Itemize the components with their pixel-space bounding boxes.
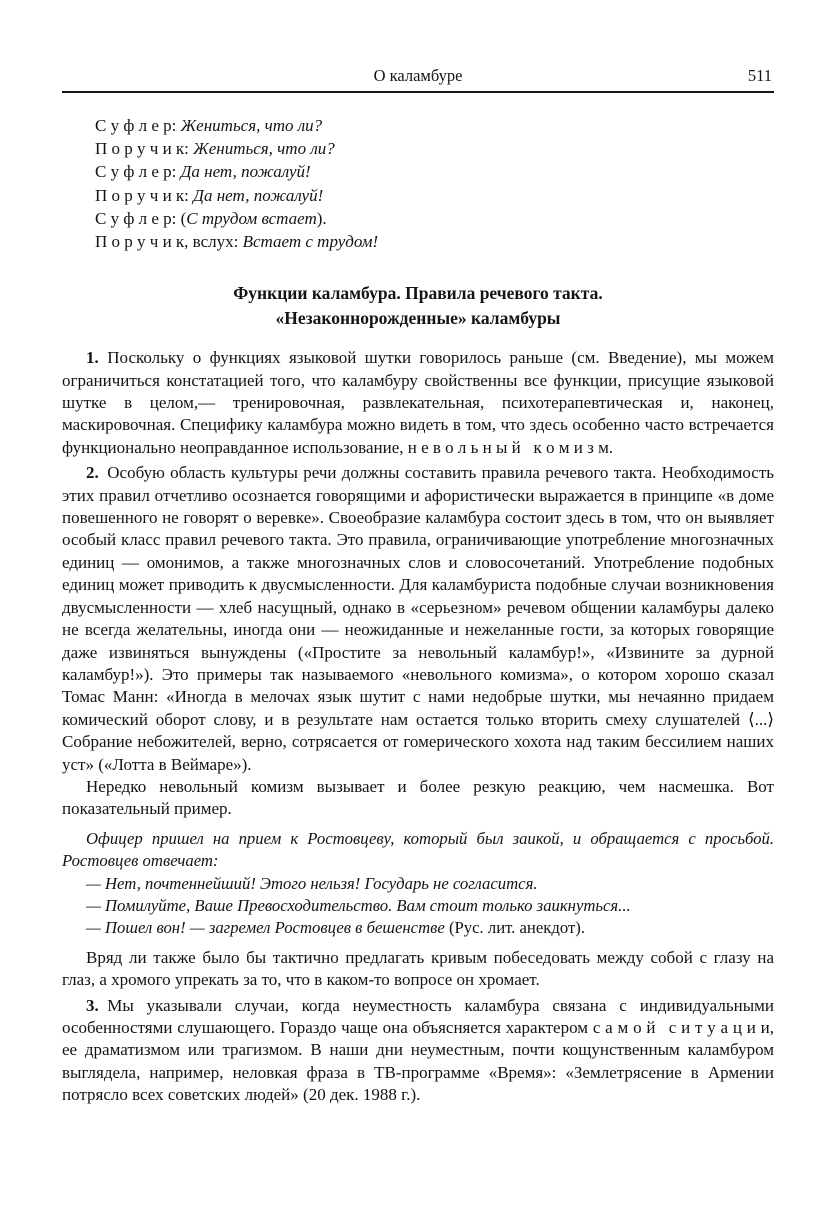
example-paragraph: — Нет, почтеннейший! Этого нельзя! Госуд… bbox=[62, 873, 774, 895]
text-segment: (Рус. лит. анекдот). bbox=[449, 918, 585, 937]
text-segment: Да нет, пожалуй! bbox=[193, 186, 323, 205]
text-segment: П о р у ч и к: bbox=[95, 139, 193, 158]
text-segment: С у ф л е р: bbox=[95, 162, 181, 181]
section-heading-line: «Незаконнорожденные» каламбуры bbox=[276, 308, 561, 328]
dialogue-block: С у ф л е р: Жениться, что ли?П о р у ч … bbox=[95, 114, 774, 253]
example-block: Офицер пришел на прием к Ростовцеву, кот… bbox=[62, 828, 774, 940]
dialogue-line: С у ф л е р: Да нет, пожалуй! bbox=[95, 160, 774, 183]
dialogue-line: С у ф л е р: (С трудом встает). bbox=[95, 207, 774, 230]
body-paragraph: 1. Поскольку о функциях языковой шутки г… bbox=[62, 347, 774, 459]
text-segment: П о р у ч и к: bbox=[95, 186, 193, 205]
text-segment: Жениться, что ли? bbox=[193, 139, 335, 158]
example-paragraph: Офицер пришел на прием к Ростовцеву, кот… bbox=[62, 828, 774, 873]
text-segment: С у ф л е р: bbox=[95, 116, 181, 135]
text-segment: Поскольку о функциях языковой шутки гово… bbox=[62, 348, 774, 457]
page-body: С у ф л е р: Жениться, что ли?П о р у ч … bbox=[62, 93, 774, 1107]
text-segment: Офицер пришел на прием к Ростовцеву, кот… bbox=[62, 829, 774, 870]
text-segment: 3. bbox=[86, 996, 99, 1015]
page-number: 511 bbox=[748, 66, 772, 85]
example-paragraph: — Пошел вон! — загремел Ростовцев в беше… bbox=[62, 917, 774, 939]
body-paragraph: Вряд ли также было бы тактично предлагат… bbox=[62, 947, 774, 992]
text-segment: Нередко невольный комизм вызывает и боле… bbox=[62, 777, 774, 818]
body-paragraph: 3. Мы указывали случаи, когда неуместнос… bbox=[62, 995, 774, 1107]
text-segment: — Помилуйте, Ваше Превосходительство. Ва… bbox=[86, 896, 631, 915]
text-segment: — Нет, почтеннейший! Этого нельзя! Госуд… bbox=[86, 874, 538, 893]
dialogue-line: П о р у ч и к, вслух: Встает с трудом! bbox=[95, 230, 774, 253]
text-segment: Вряд ли также было бы тактично предлагат… bbox=[62, 948, 774, 989]
dialogue-line: П о р у ч и к: Жениться, что ли? bbox=[95, 137, 774, 160]
dialogue-line: С у ф л е р: Жениться, что ли? bbox=[95, 114, 774, 137]
text-segment: Да нет, пожалуй! bbox=[181, 162, 311, 181]
body-paragraph: Нередко невольный комизм вызывает и боле… bbox=[62, 776, 774, 821]
section-heading-line: Функции каламбура. Правила речевого такт… bbox=[233, 283, 602, 303]
text-segment: Мы указывали случаи, когда неуместность … bbox=[62, 996, 774, 1105]
text-segment: Особую область культуры речи должны сост… bbox=[62, 463, 774, 773]
dialogue-line: П о р у ч и к: Да нет, пожалуй! bbox=[95, 184, 774, 207]
text-segment: — Пошел вон! — загремел Ростовцев в беше… bbox=[86, 918, 449, 937]
text-segment: 1. bbox=[86, 348, 99, 367]
text-segment: П о р у ч и к, вслух: bbox=[95, 232, 243, 251]
example-paragraph: — Помилуйте, Ваше Превосходительство. Ва… bbox=[62, 895, 774, 917]
page-header: О каламбуре 511 bbox=[62, 66, 774, 91]
body-paragraph: 2. Особую область культуры речи должны с… bbox=[62, 462, 774, 776]
text-segment: С у ф л е р: ( bbox=[95, 209, 186, 228]
text-segment: С трудом встает bbox=[186, 209, 316, 228]
text-segment: 2. bbox=[86, 463, 99, 482]
section-heading: Функции каламбура. Правила речевого такт… bbox=[62, 281, 774, 330]
book-page: О каламбуре 511 С у ф л е р: Жениться, ч… bbox=[0, 0, 834, 1230]
running-title: О каламбуре bbox=[374, 66, 463, 85]
text-segment: ). bbox=[317, 209, 327, 228]
text-segment: Жениться, что ли? bbox=[181, 116, 323, 135]
text-segment: Встает с трудом! bbox=[243, 232, 379, 251]
